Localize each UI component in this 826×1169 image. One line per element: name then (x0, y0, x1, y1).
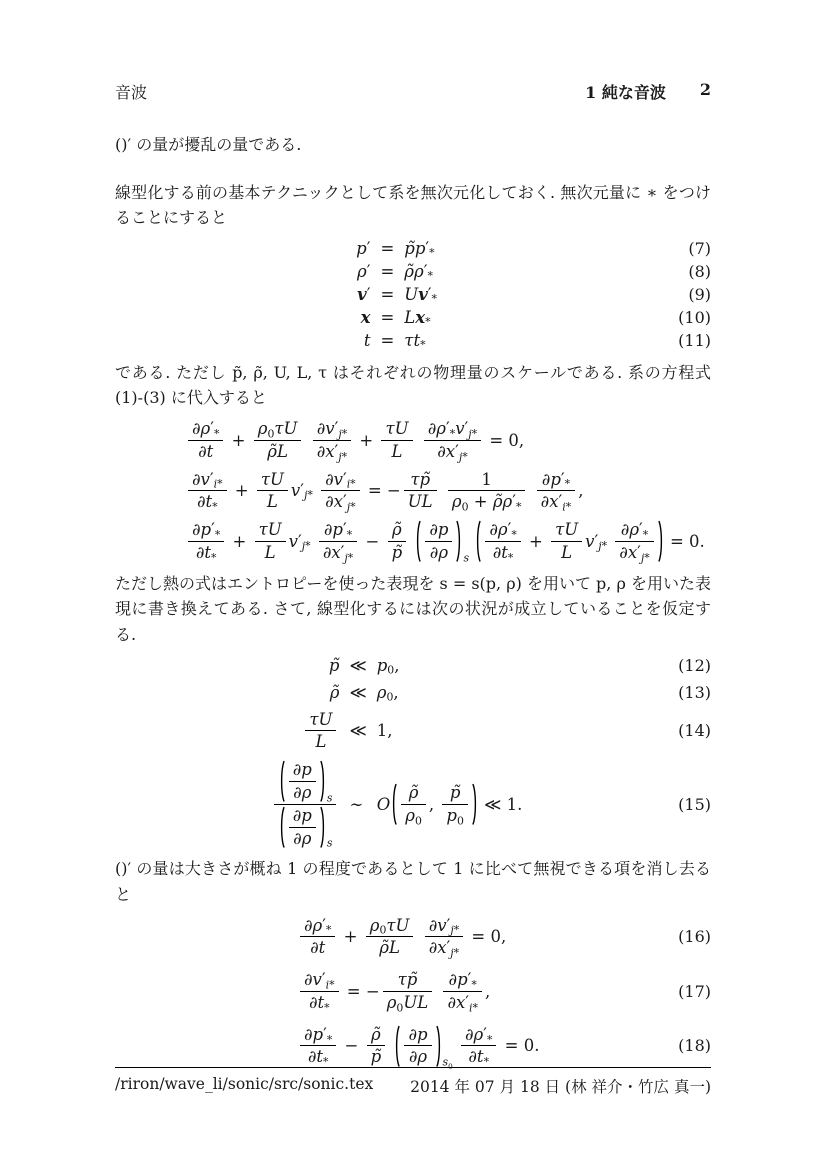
equation-line: ∂v′i*∂t* + τULv′j* ∂v′i*∂x′j* = −τp̃UL 1… (185, 470, 711, 513)
equation-line: ∂p′*∂t* + τULv′j* ∂p′*∂x′j* − ρ̃p̃ ∂p∂ρs… (185, 520, 711, 563)
paragraph-assumptions: ただし熱の式はエントロピーを使った表現を s = s(p, ρ) を用いて p,… (115, 571, 711, 648)
equation-relation: = (370, 262, 404, 281)
equation-relation: ≪ (339, 683, 376, 702)
equation-number: (8) (688, 262, 711, 281)
equation-lhs: x (361, 308, 371, 327)
page-footer: /riron/wave_li/sonic/src/sonic.tex 2014 … (115, 1067, 711, 1097)
equation-rhs: Lx* (404, 308, 430, 327)
equation-lhs: t (364, 331, 371, 350)
equation-relation: = (370, 308, 404, 327)
equation-rhs: p̃p′* (404, 239, 434, 258)
header-right: 1 純な音波 2 (585, 80, 711, 103)
equation-rhs: Oρ̃ρ0, p̃p0 ≪ 1. (377, 783, 523, 826)
equation-number: (15) (678, 795, 711, 814)
paragraph-perturbation: ()′ の量が擾乱の量である. (115, 132, 711, 158)
equation-expression: ∂ρ′*∂t + ρ0τUρ̃L ∂v′j*∂x′j* = 0, (297, 916, 506, 959)
equation-lhs: ∂p∂ρs∂p∂ρs (271, 760, 340, 848)
equation-number: (12) (678, 656, 711, 675)
equation-rhs: ρ̃ρ′* (404, 262, 433, 281)
equation-number: (14) (678, 721, 711, 740)
equation-group-16-18: ∂ρ′*∂t + ρ0τUρ̃L ∂v′j*∂x′j* = 0,(16)∂v′i… (115, 916, 711, 1068)
equation-rhs: 1, (377, 721, 393, 740)
equation-row: ∂ρ′*∂t + ρ0τUρ̃L ∂v′j*∂x′j* = 0,(16) (297, 916, 711, 959)
equation-group-7-11: p′=p̃p′*(7)ρ′=ρ̃ρ′*(8)v′=Uv′*(9)x=Lx*(10… (115, 239, 711, 350)
equation-expression: ∂p′*∂t* − ρ̃p̃ ∂p∂ρs0 ∂ρ′*∂t* = 0. (297, 1025, 539, 1068)
equation-relation: = (370, 285, 404, 304)
equation-rhs: τt* (404, 331, 425, 350)
equation-rhs: Uv′* (404, 285, 437, 304)
equation-number: (13) (678, 683, 711, 702)
equation-relation: ∼ (339, 795, 376, 814)
equation-relation: ≪ (339, 721, 376, 740)
equation-line: ∂ρ′*∂t + ρ0τUρ̃L ∂v′j*∂x′j* + τUL ∂ρ′*v′… (185, 419, 711, 462)
equation-rhs: p0, (377, 656, 400, 675)
equation-rhs: ρ0, (377, 683, 399, 702)
footer-rule (115, 1067, 711, 1068)
equation-lhs: p′ (356, 239, 370, 258)
equation-number: (10) (678, 308, 711, 327)
header-page-number: 2 (700, 80, 711, 103)
equation-row: ∂p′*∂t* − ρ̃p̃ ∂p∂ρs0 ∂ρ′*∂t* = 0.(18) (297, 1025, 711, 1068)
equation-row: ∂v′i*∂t* = −τp̃ρ0UL ∂p′*∂x′i*,(17) (297, 970, 711, 1013)
equation-relation: = (370, 239, 404, 258)
paragraph-neglect-terms: ()′ の量は大きさが概ね 1 の程度であるとして 1 に比べて無視できる項を消… (115, 856, 711, 907)
equation-lhs: ρ̃ (330, 683, 340, 702)
equation-expression: ∂v′i*∂t* = −τp̃ρ0UL ∂p′*∂x′i*, (297, 970, 490, 1013)
equation-group-12-15: p̃≪p0,(12)ρ̃≪ρ0,(13)τUL≪1,(14)∂p∂ρs∂p∂ρs… (115, 656, 711, 849)
equation-block-unnumbered: ∂ρ′*∂t + ρ0τUρ̃L ∂v′j*∂x′j* + τUL ∂ρ′*v′… (115, 419, 711, 563)
equation-lhs: v′ (357, 285, 370, 304)
equation-relation: ≪ (339, 656, 376, 675)
header-section: 1 純な音波 (585, 80, 666, 103)
equation-number: (9) (688, 285, 711, 304)
document-page: 音波 1 純な音波 2 ()′ の量が擾乱の量である. 線型化する前の基本テクニ… (115, 0, 711, 1169)
equation-relation: = (370, 331, 404, 350)
header-title: 音波 (115, 80, 147, 103)
equation-lhs: p̃ (329, 656, 340, 675)
page-header: 音波 1 純な音波 2 (115, 80, 711, 103)
equation-lhs: τUL (302, 710, 339, 753)
paragraph-scales: である. ただし p̃, ρ̃, U, L, τ はそれぞれの物理量のスケールで… (115, 360, 711, 411)
equation-number: (18) (678, 1036, 711, 1055)
equation-lhs: ρ′ (357, 262, 370, 281)
equation-number: (16) (678, 927, 711, 946)
equation-number: (7) (688, 239, 711, 258)
paragraph-nondimensionalize: 線型化する前の基本テクニックとして系を無次元化しておく. 無次元量に ∗ をつけ… (115, 180, 711, 231)
footer-date-authors: 2014 年 07 月 18 日 (林 祥介・竹広 真一) (410, 1075, 711, 1097)
footer-file-path: /riron/wave_li/sonic/src/sonic.tex (115, 1075, 373, 1097)
equation-number: (11) (678, 331, 711, 350)
equation-number: (17) (678, 982, 711, 1001)
